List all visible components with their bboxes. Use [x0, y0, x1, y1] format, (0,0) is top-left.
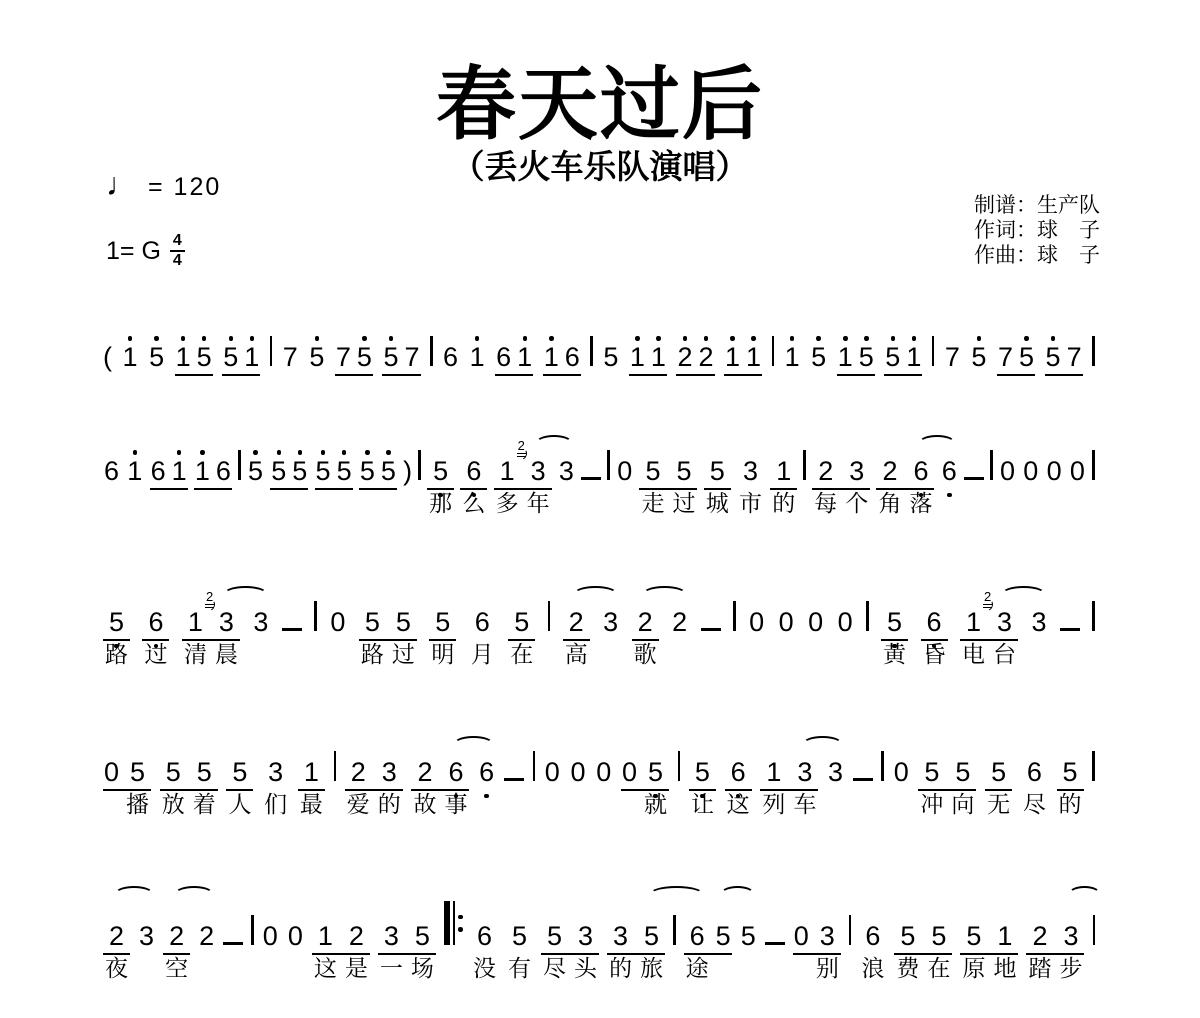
lyric: 这	[314, 957, 337, 980]
octave-dot-high	[843, 336, 848, 341]
note: 5	[381, 458, 396, 485]
note: 2空	[164, 923, 189, 950]
note-token: 1	[122, 344, 139, 371]
note-token: 0	[616, 458, 633, 485]
note: 5	[271, 458, 286, 485]
lyric: 在	[510, 643, 533, 666]
note: 5冲	[919, 759, 944, 786]
octave-dot-high	[816, 336, 821, 341]
rest-note: 0	[894, 759, 909, 786]
note-group: 5无	[985, 759, 1012, 791]
note: 5走	[640, 458, 665, 485]
note-group: 5冲5向	[918, 759, 976, 791]
lyric: 头	[574, 957, 597, 980]
barline	[881, 751, 884, 781]
note-token: 3	[252, 609, 269, 636]
lyric: 昏	[923, 643, 946, 666]
note: 32台	[992, 609, 1017, 636]
barline	[678, 751, 681, 781]
note: 5着	[192, 759, 217, 786]
note: 2歌	[633, 609, 658, 636]
octave-dot-high	[1024, 336, 1029, 341]
note-token: 3	[138, 923, 155, 950]
octave-dot-high	[253, 450, 258, 455]
lyric: 别	[816, 957, 839, 980]
note-token: 7	[282, 344, 299, 371]
slur	[223, 586, 267, 603]
music-line: 05播5放5着5人3们1最2爱3的2故6事600005就5让6这1列3车305冲…	[103, 751, 1095, 791]
note-group: 5费5在	[894, 923, 952, 955]
repeat-dots	[458, 901, 463, 945]
lyric: 浪	[861, 957, 884, 980]
note: 1	[172, 458, 187, 485]
rest-note: 0	[808, 609, 823, 636]
lyric: 无	[987, 793, 1010, 816]
note-token: 0	[893, 759, 910, 786]
octave-dot-high	[133, 450, 138, 455]
lyric: 月	[471, 643, 494, 666]
repeat-thin-bar	[453, 901, 455, 945]
note-group: 1多32年	[494, 458, 552, 490]
octave-dot-high	[298, 450, 303, 455]
note-token: 6没	[471, 923, 498, 950]
note: 2踏	[1027, 923, 1052, 950]
rest-note: 0	[571, 759, 586, 786]
note-group: 75	[335, 344, 373, 376]
note-group: 55	[270, 458, 308, 490]
lyric: 放	[162, 793, 185, 816]
half-note-dash	[701, 628, 721, 632]
barline	[418, 450, 421, 480]
note: 1地	[992, 923, 1017, 950]
note-group: 11	[724, 344, 762, 376]
note: 6么	[461, 458, 486, 485]
note-token: 6	[478, 759, 495, 786]
note-token: 0	[1069, 458, 1086, 485]
barline	[1093, 915, 1096, 945]
note: 1这	[313, 923, 338, 950]
octave-dot-high	[342, 450, 347, 455]
note-group: 75	[997, 344, 1035, 376]
note-group: 5人	[226, 759, 253, 791]
note: 5	[309, 344, 324, 371]
parenthesis: (	[103, 344, 112, 371]
slur	[918, 435, 956, 452]
half-note-dash	[1060, 628, 1080, 632]
note-token: 5	[810, 344, 827, 371]
slur	[649, 886, 705, 903]
lyric: 是	[345, 957, 368, 980]
slur	[720, 886, 755, 903]
note-group: 1列3车	[760, 759, 818, 791]
barline	[1092, 601, 1095, 631]
barline	[803, 450, 806, 480]
note: 1	[544, 344, 559, 371]
octave-dot-high	[389, 336, 394, 341]
note: 5	[197, 344, 212, 371]
slur	[642, 586, 686, 603]
barline	[1092, 336, 1095, 366]
note-token: 0	[1022, 458, 1039, 485]
octave-dot-high	[321, 450, 326, 455]
slur	[114, 886, 154, 903]
note: 5费	[895, 923, 920, 950]
note-group: 1电32台	[960, 609, 1018, 641]
octave-dot-high	[912, 336, 917, 341]
note: 2是	[344, 923, 369, 950]
note-token: 3	[558, 458, 575, 485]
barline	[590, 336, 593, 366]
barline	[772, 336, 775, 366]
note: 5黄	[882, 609, 907, 636]
note-group: 05就	[621, 759, 669, 791]
note: 1多	[495, 458, 520, 485]
octave-dot-high	[891, 336, 896, 341]
note: 5就	[643, 759, 668, 786]
note-token: 5	[308, 344, 325, 371]
note: 5	[383, 344, 398, 371]
lyric: 播	[126, 793, 149, 816]
note: 5	[1046, 344, 1061, 371]
note-token: 6尽	[1021, 759, 1048, 786]
note-group: 2爱3的	[345, 759, 403, 791]
lyric: 过	[144, 643, 167, 666]
lyric: 路	[105, 643, 128, 666]
half-note-dash	[581, 477, 601, 481]
barline	[251, 915, 254, 945]
note-token: 3们	[262, 759, 289, 786]
note: 5播	[125, 759, 150, 786]
note: 7	[283, 344, 298, 371]
note: 2每	[813, 458, 838, 485]
rest-note: 0	[545, 759, 560, 786]
note: 2高	[564, 609, 589, 636]
note: 6	[496, 344, 511, 371]
note-group: 51	[222, 344, 260, 376]
lyric: 过	[672, 492, 695, 515]
note-group: 57	[382, 344, 420, 376]
note: 5城	[705, 458, 730, 485]
note: 6	[151, 458, 166, 485]
note-group: 3一5场	[378, 923, 436, 955]
note: 7	[945, 344, 960, 371]
note-group: 16	[194, 458, 232, 490]
slur	[802, 736, 843, 753]
note: 1	[244, 344, 259, 371]
rest-note: 0	[1000, 458, 1015, 485]
note: 5放	[161, 759, 186, 786]
note: 5那	[428, 458, 453, 485]
lyric: 城	[706, 492, 729, 515]
octave-dot-high	[475, 336, 480, 341]
note-group: 6么	[460, 458, 487, 490]
octave-dot-high	[250, 336, 255, 341]
note: 1	[746, 344, 761, 371]
note-group: 5的	[1057, 759, 1084, 791]
note-token: 0	[778, 609, 795, 636]
note: 5在	[926, 923, 951, 950]
note: 7	[404, 344, 419, 371]
note-group: 15	[175, 344, 213, 376]
barline	[673, 915, 676, 945]
note: 5	[741, 923, 756, 950]
note-token: 7	[944, 344, 961, 371]
note-group: 2角6落	[876, 458, 934, 490]
lyric: 地	[993, 957, 1016, 980]
barline	[1092, 450, 1095, 480]
note: 5场	[410, 923, 435, 950]
note-token: 0	[595, 759, 612, 786]
barline	[430, 336, 433, 366]
note-group: 2高	[563, 609, 590, 641]
note: 3的	[608, 923, 633, 950]
lyric: 有	[508, 957, 531, 980]
octave-dot-high	[683, 336, 688, 341]
note-token: 0	[748, 609, 765, 636]
rest-note: 0	[263, 923, 278, 950]
lyric: 途	[686, 957, 709, 980]
lyric: 的	[609, 957, 632, 980]
octave-dot-high	[277, 450, 282, 455]
barline	[990, 450, 993, 480]
note: 1	[195, 458, 210, 485]
octave-dot-high	[751, 336, 756, 341]
lyric: 那	[429, 492, 452, 515]
note: 5人	[227, 759, 252, 786]
note: 3	[139, 923, 154, 950]
octave-dot-high	[202, 336, 207, 341]
lyric: 一	[380, 957, 403, 980]
note-token: 5	[247, 458, 264, 485]
note-group: 55	[315, 458, 353, 490]
note: 3步	[1058, 923, 1083, 950]
note-group: 61	[150, 458, 188, 490]
rest-note: 0	[622, 759, 637, 786]
repeat-begin-sign	[444, 901, 463, 945]
barline	[548, 601, 551, 631]
lyric: 旅	[640, 957, 663, 980]
note: 2角	[877, 458, 902, 485]
octave-dot-high	[154, 336, 159, 341]
music-line: 2夜32空2001这2是3一5场6没5有5尽3头3的5旅6途5503别6浪5费5…	[103, 901, 1095, 955]
note-group: 16	[543, 344, 581, 376]
note: 5	[149, 344, 164, 371]
note-token: 1	[469, 344, 486, 371]
rest-note: 0	[1070, 458, 1085, 485]
slur	[1068, 886, 1101, 903]
lyric: 费	[896, 957, 919, 980]
barline	[238, 450, 241, 480]
note: 2故	[412, 759, 437, 786]
note-group: 2歌	[632, 609, 659, 641]
note-token: 3市	[737, 458, 764, 485]
note: 6事	[443, 759, 468, 786]
rest-note: 0	[749, 609, 764, 636]
note: 6月	[470, 609, 495, 636]
note: 1	[725, 344, 740, 371]
note-group: 2踏3步	[1026, 923, 1084, 955]
lyric: 在	[927, 957, 950, 980]
note-group: 6昏	[921, 609, 948, 641]
note-group: 6过	[142, 609, 169, 641]
note-token: 6	[442, 344, 459, 371]
music-line: 5路6过1清32晨305路5过5明6月5在2高32歌200005黄6昏1电32台…	[103, 601, 1095, 641]
rest-note: 0	[1047, 458, 1062, 485]
note-group: 6途5	[684, 923, 732, 955]
note-group: 5那	[427, 458, 454, 490]
octave-dot-high	[362, 336, 367, 341]
parenthesis: )	[403, 458, 412, 485]
note: 7	[998, 344, 1013, 371]
note: 1	[630, 344, 645, 371]
note: 6	[942, 458, 957, 485]
lyric: 么	[462, 492, 485, 515]
note: 5	[971, 344, 986, 371]
note-token: 5	[148, 344, 165, 371]
lyric: 走	[641, 492, 664, 515]
note: 5	[316, 458, 331, 485]
octave-dot-low	[947, 493, 952, 498]
note-group: 05播	[103, 759, 151, 791]
lyric: 夜	[105, 957, 128, 980]
barline	[607, 450, 610, 480]
note: 6	[216, 458, 231, 485]
barline	[270, 336, 273, 366]
barline	[932, 336, 935, 366]
note-token: 0	[999, 458, 1016, 485]
note: 5有	[507, 923, 532, 950]
octave-dot-low	[484, 794, 489, 799]
note: 1	[123, 344, 138, 371]
lyric: 角	[878, 492, 901, 515]
lyric: 黄	[883, 643, 906, 666]
note-group: 5路	[103, 609, 130, 641]
note: 5路	[360, 609, 385, 636]
lyric: 最	[300, 793, 323, 816]
lyric: 步	[1059, 957, 1082, 980]
lyric: 这	[727, 793, 750, 816]
lyric: 明	[431, 643, 454, 666]
note: 2夜	[104, 923, 129, 950]
note: 5	[248, 458, 263, 485]
note-group: 5让	[689, 759, 716, 791]
note-token: 0	[807, 609, 824, 636]
note: 5	[811, 344, 826, 371]
rest-note: 0	[617, 458, 632, 485]
note-token: 1	[126, 458, 143, 485]
octave-dot-high	[200, 450, 205, 455]
octave-dot-high	[977, 336, 982, 341]
sheet-music-page: 春天过后 （丢火车乐队演唱） ♩ = 120 1= G 4 4 制谱：生产队 作…	[0, 0, 1200, 1018]
note: 3	[828, 759, 843, 786]
note: 1	[517, 344, 532, 371]
lyric: 事	[444, 793, 467, 816]
lyric: 的	[772, 492, 795, 515]
note: 5向	[950, 759, 975, 786]
note: 5让	[690, 759, 715, 786]
lyric: 歌	[634, 643, 657, 666]
note-group: 1这2是	[312, 923, 370, 955]
note: 2	[672, 609, 687, 636]
lyric: 向	[951, 793, 974, 816]
barline	[314, 601, 317, 631]
note: 5过	[391, 609, 416, 636]
note-group: 5在	[508, 609, 535, 641]
note: 5明	[430, 609, 455, 636]
lyric: 高	[565, 643, 588, 666]
note-token: 3	[827, 759, 844, 786]
note-group: 3的5旅	[607, 923, 665, 955]
lyric: 每	[814, 492, 837, 515]
note-group: 6这	[725, 759, 752, 791]
barline	[1092, 751, 1095, 781]
note: 3的	[377, 759, 402, 786]
lyric: 们	[264, 793, 287, 816]
slur	[174, 886, 214, 903]
note-token: 5有	[506, 923, 533, 950]
note: 3头	[573, 923, 598, 950]
note: 5	[223, 344, 238, 371]
note: 5的	[1058, 759, 1083, 786]
octave-dot-high	[128, 336, 133, 341]
note: 3市	[738, 458, 763, 485]
note: 6没	[472, 923, 497, 950]
barline	[849, 915, 852, 945]
note: 3们	[263, 759, 288, 786]
note: 1最	[299, 759, 324, 786]
note: 6浪	[860, 923, 885, 950]
half-note-dash	[504, 778, 524, 782]
note: 6过	[143, 609, 168, 636]
half-note-dash	[223, 942, 243, 946]
lyric: 场	[411, 957, 434, 980]
note-group: 5走5过	[639, 458, 697, 490]
note: 5	[337, 458, 352, 485]
note-group: 15	[837, 344, 875, 376]
note: 3	[1031, 609, 1046, 636]
lyric: 着	[193, 793, 216, 816]
rest-note: 0	[596, 759, 611, 786]
octave-dot-high	[229, 336, 234, 341]
note-token: 5	[602, 344, 619, 371]
lyric: 的	[1059, 793, 1082, 816]
note-token: 6浪	[859, 923, 886, 950]
note-group: 1清32晨	[182, 609, 240, 641]
note: 3车	[792, 759, 817, 786]
note-group: 22	[676, 344, 714, 376]
note: 5	[603, 344, 618, 371]
note-token: 2	[198, 923, 215, 950]
note: 5无	[986, 759, 1011, 786]
note-group: 5路5过	[359, 609, 417, 641]
note: 1	[785, 344, 800, 371]
octave-dot-high	[365, 450, 370, 455]
note-group: 03别	[793, 923, 841, 955]
lyric: 市	[739, 492, 762, 515]
note: 6	[104, 458, 119, 485]
lyric: 空	[165, 957, 188, 980]
lyric: 车	[793, 793, 816, 816]
lyric: 尽	[1023, 793, 1046, 816]
lyric: 故	[413, 793, 436, 816]
note: 3别	[815, 923, 840, 950]
half-note-dash	[765, 942, 785, 946]
note-group: 61	[495, 344, 533, 376]
lyric: 台	[993, 643, 1016, 666]
slur	[453, 736, 494, 753]
note: 5	[357, 344, 372, 371]
note: 2	[698, 344, 713, 371]
